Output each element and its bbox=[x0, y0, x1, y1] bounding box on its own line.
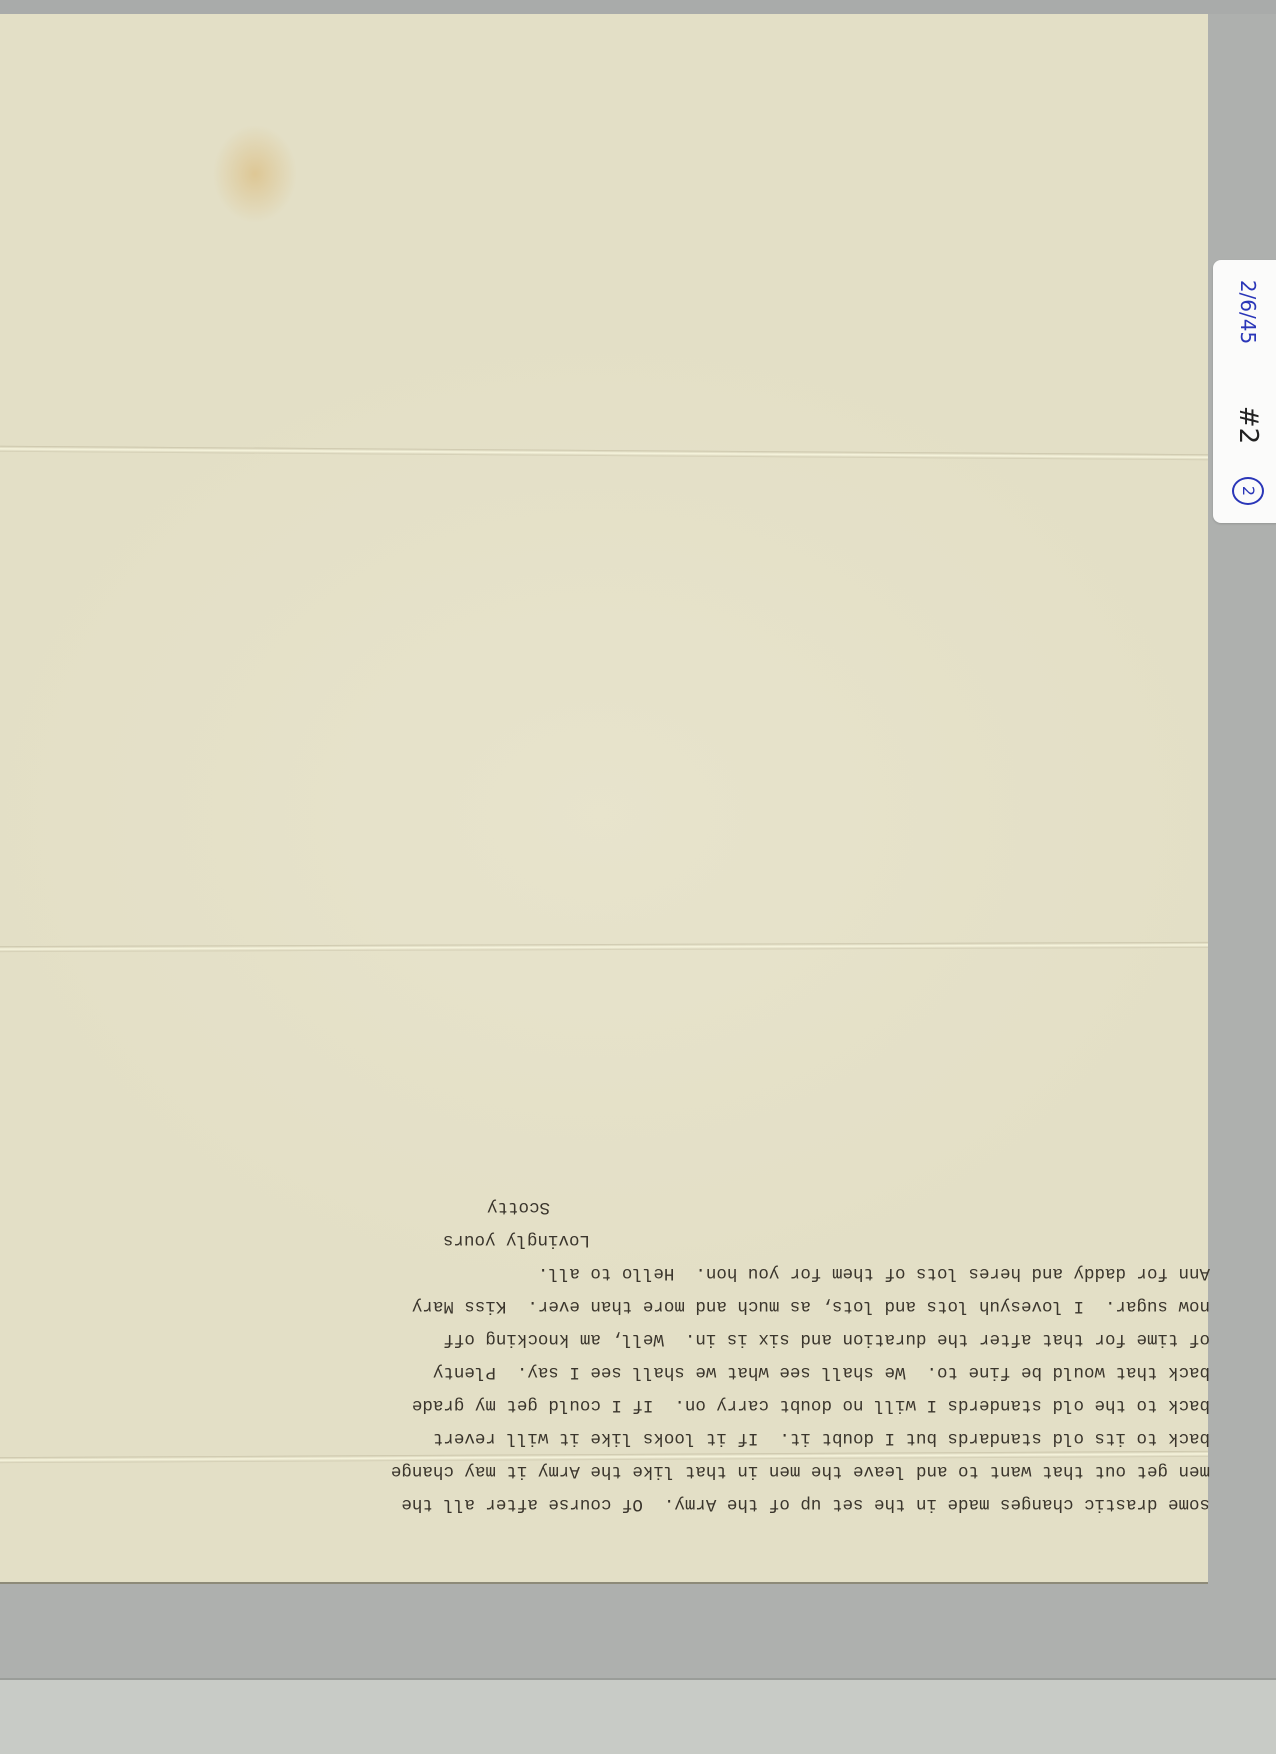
letter-line: back to the old standerds I will no doub… bbox=[80, 1388, 1210, 1421]
handwritten-date: 2/6/45 bbox=[1236, 280, 1260, 344]
letter-line: of time for that after the duration and … bbox=[80, 1322, 1210, 1355]
sticky-note-label: 2/6/45 #2 2 bbox=[1213, 260, 1276, 523]
typed-letter-body: some drastic changes made in the set up … bbox=[80, 960, 1210, 1520]
fold-crease bbox=[0, 942, 1208, 952]
fold-crease bbox=[0, 446, 1208, 460]
scanner-bed bbox=[0, 1678, 1276, 1754]
letter-line: back to its old standards but I doubt it… bbox=[80, 1421, 1210, 1454]
letter-line: Ann for daddy and heres lots of them for… bbox=[80, 1256, 1210, 1289]
sleeve-top-edge bbox=[0, 0, 1276, 14]
circled-page-number: 2 bbox=[1232, 477, 1264, 505]
letter-closing: Lovingly yours bbox=[80, 1223, 1210, 1256]
letter-signature: Scotty bbox=[80, 1190, 1210, 1223]
handwritten-item-number: #2 bbox=[1233, 406, 1263, 444]
letter-line: some drastic changes made in the set up … bbox=[80, 1487, 1210, 1520]
letter-line: back that would be fine to. We shall see… bbox=[80, 1355, 1210, 1388]
letter-line: men get out that want to and leave the m… bbox=[80, 1454, 1210, 1487]
letter-line: now sugar. I lovesyuh lots and lots, as … bbox=[80, 1289, 1210, 1322]
